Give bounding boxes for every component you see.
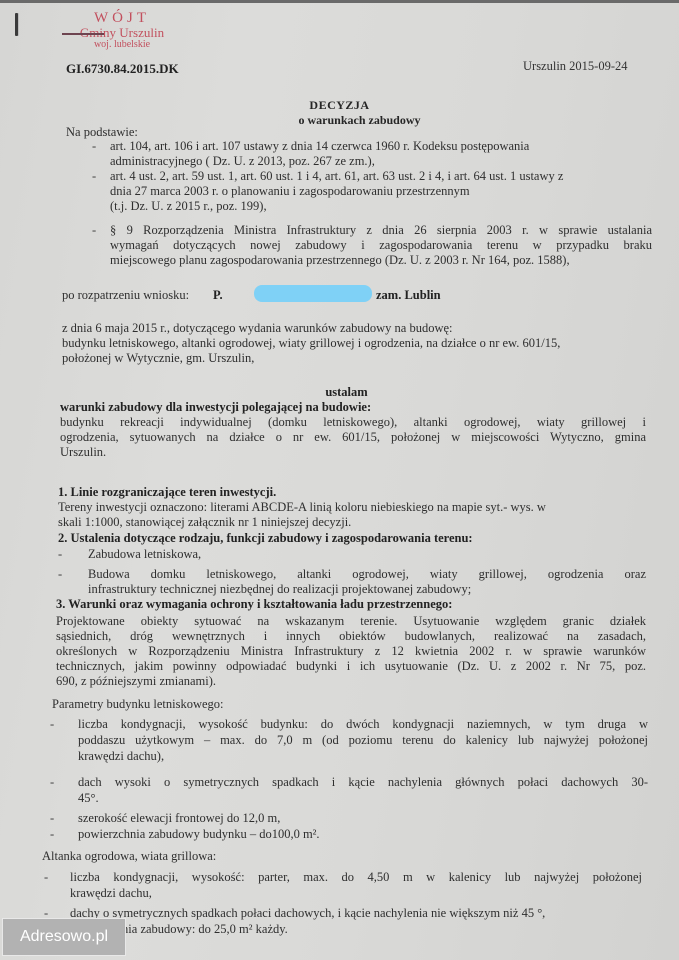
- gazebo-params-title: Altanka ogrodowa, wiata grillowa:: [42, 849, 216, 863]
- stamp-title: WÓJT: [52, 10, 192, 26]
- decision-heading: warunki zabudowy dla inwestycji polegają…: [60, 400, 371, 414]
- decision-line: ogrodzenia, sytuowanych na działce o nr …: [60, 430, 646, 444]
- decision-word: ustalam: [0, 385, 679, 399]
- decision-line: budynku rekreacji indywidualnej (domku l…: [60, 415, 646, 429]
- applicant-residence: zam. Lublin: [376, 288, 441, 302]
- legal-basis-line: administracyjnego ( Dz. U. z 2013, poz. …: [110, 154, 375, 168]
- building-param: krawędzi dachu),: [78, 749, 164, 763]
- bullet-dash: -: [50, 717, 54, 732]
- section-2-item: Zabudowa letniskowa,: [88, 547, 201, 561]
- legal-basis-intro: Na podstawie:: [66, 125, 138, 139]
- office-stamp: WÓJT Gminy Urszulin woj. lubelskie: [52, 10, 192, 51]
- bullet-dash: -: [44, 870, 48, 885]
- section-3-line: technicznych, jakim powinny odpowiadać b…: [56, 659, 646, 673]
- building-param: poddaszu użytkowym – max. do 7,0 m (od p…: [78, 733, 648, 747]
- building-param: dach wysoki o symetrycznych spadkach i k…: [78, 775, 648, 789]
- bullet-dash: -: [58, 567, 62, 582]
- applicant-prefix: P.: [213, 288, 223, 302]
- place-date: Urszulin 2015-09-24: [523, 59, 628, 74]
- bullet-dash: -: [58, 547, 62, 562]
- gazebo-param: krawędzi dachu,: [70, 886, 152, 900]
- bullet-dash: -: [92, 139, 96, 154]
- application-line: budynku letniskowego, altanki ogrodowej,…: [62, 336, 560, 350]
- section-3-line: 690, z późniejszymi zmianami).: [56, 674, 216, 688]
- legal-basis-line: wymagań dotyczących nowej zabudowy i zag…: [110, 238, 652, 252]
- bullet-dash: -: [50, 775, 54, 790]
- stamp-municipality: Gminy Urszulin: [52, 26, 192, 39]
- building-params-title: Parametry budynku letniskowego:: [52, 697, 224, 711]
- legal-basis-line: dnia 27 marca 2003 r. o planowaniu i zag…: [110, 184, 470, 198]
- bullet-dash: -: [50, 827, 54, 842]
- legal-basis-line: miejscowego planu zagospodarowania przes…: [110, 253, 570, 267]
- section-3-line: Projektowane obiekty sytuować na wskazan…: [56, 614, 646, 628]
- site-watermark: Adresowo.pl: [2, 918, 126, 956]
- photo-top-edge: [0, 0, 679, 3]
- document-title: DECYZJA: [0, 98, 679, 113]
- stamp-voivodeship: woj. lubelskie: [52, 39, 192, 51]
- redacted-applicant-name: [254, 285, 372, 302]
- staple-icon: [15, 13, 18, 36]
- section-3-heading: 3. Warunki oraz wymagania ochrony i kszt…: [56, 597, 452, 611]
- building-param: 45°.: [78, 791, 99, 805]
- section-2-item: Budowa domku letniskowego, altanki ogrod…: [88, 567, 646, 581]
- bullet-dash: -: [50, 811, 54, 826]
- legal-basis-line: art. 104, art. 106 i art. 107 ustawy z d…: [110, 139, 529, 153]
- gazebo-param: liczba kondygnacji, wysokość: parter, ma…: [70, 870, 642, 884]
- section-3-line: sąsiednich, dróg wewnętrznych i innych o…: [56, 629, 646, 643]
- application-line: z dnia 6 maja 2015 r., dotyczącego wydan…: [62, 321, 453, 335]
- section-2-heading: 2. Ustalenia dotyczące rodzaju, funkcji …: [58, 531, 473, 545]
- building-param: liczba kondygnacji, wysokość budynku: do…: [78, 717, 648, 731]
- legal-basis-line: (t.j. Dz. U. z 2015 r., poz. 199),: [110, 199, 267, 213]
- section-1-line: Tereny inwestycji oznaczono: literami AB…: [58, 500, 546, 514]
- building-param: powierzchnia zabudowy budynku – do100,0 …: [78, 827, 320, 841]
- legal-basis-line: § 9 Rozporządzenia Ministra Infrastruktu…: [110, 223, 652, 237]
- section-2-item: infrastruktury technicznej niezbędnej do…: [88, 582, 471, 596]
- case-reference: GI.6730.84.2015.DK: [66, 61, 179, 77]
- section-1-heading: 1. Linie rozgraniczające teren inwestycj…: [58, 485, 276, 499]
- section-1-line: skali 1:1000, stanowiącej załącznik nr 1…: [58, 515, 351, 529]
- legal-basis-line: art. 4 ust. 2, art. 59 ust. 1, art. 60 u…: [110, 169, 563, 183]
- gazebo-param: dachy o symetrycznych spadkach połaci da…: [70, 906, 545, 920]
- bullet-dash: -: [92, 223, 96, 238]
- application-label: po rozpatrzeniu wniosku:: [62, 288, 189, 302]
- stamp-strikethrough: [62, 33, 104, 35]
- decision-line: Urszulin.: [60, 445, 106, 459]
- building-param: szerokość elewacji frontowej do 12,0 m,: [78, 811, 280, 825]
- bullet-dash: -: [92, 169, 96, 184]
- section-3-line: określonych w Rozporządzeniu Ministra In…: [56, 644, 646, 658]
- application-line: położonej w Wytycznie, gm. Urszulin,: [62, 351, 254, 365]
